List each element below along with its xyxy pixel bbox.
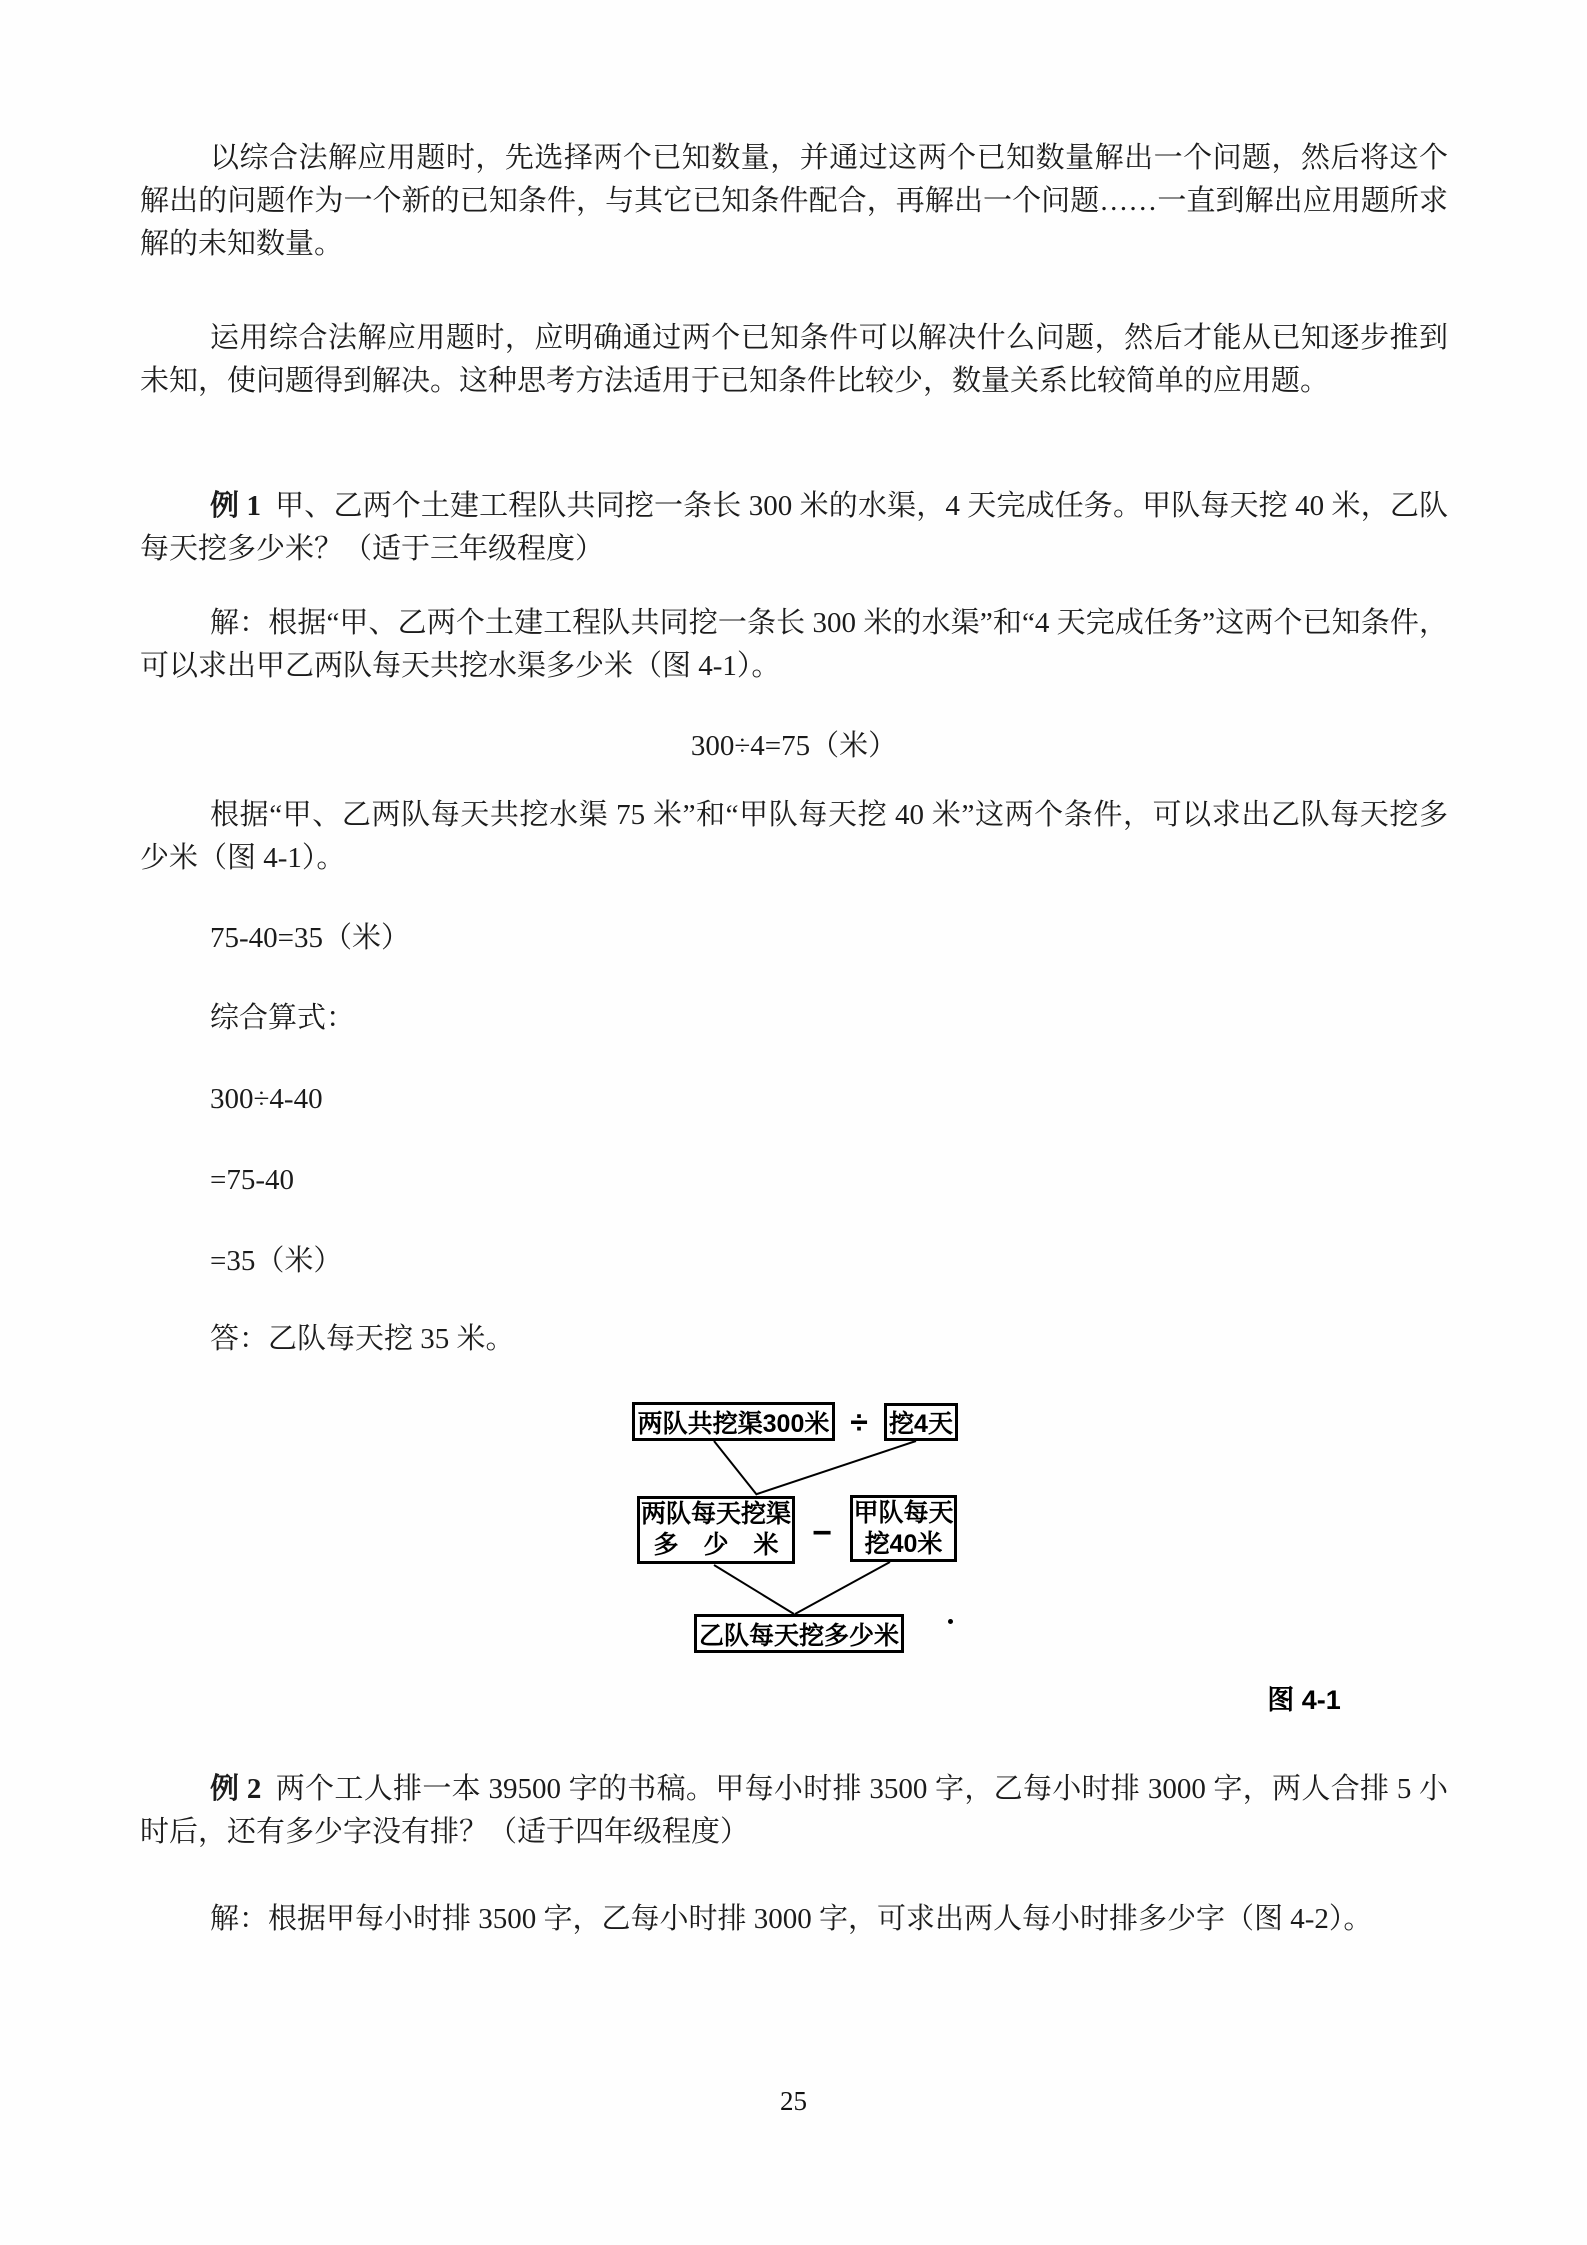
figure-box-days-text: 挖4天: [887, 1404, 955, 1440]
example-2-label: 例 2: [210, 1773, 261, 1805]
divide-operator: ÷: [850, 1406, 868, 1438]
figure-4-1: 两队共挖渠300米 ÷ 挖4天 两队每天挖渠多 少 米 − 甲队每天挖40米 乙…: [600, 1390, 1030, 1730]
paragraph-method-intro: 以综合法解应用题时，先选择两个已知数量，并通过这两个已知数量解出一个问题，然后将…: [140, 137, 1448, 266]
figure-box-daily-both-line2: 多 少 米: [640, 1530, 792, 1561]
equation-line-1: 300÷4-40: [140, 1078, 1518, 1121]
figure-box-days: 挖4天: [884, 1403, 958, 1441]
figure-box-team-a-line2: 挖40米: [853, 1529, 954, 1560]
figure-box-team-a: 甲队每天挖40米: [850, 1495, 957, 1562]
equation-line-3: =35（米）: [140, 1240, 1518, 1283]
figure-box-result: 乙队每天挖多少米: [694, 1614, 904, 1653]
minus-operator: −: [812, 1516, 832, 1550]
figure-box-result-text: 乙队每天挖多少米: [697, 1616, 901, 1652]
example-2-text: 两个工人排一本 39500 字的书稿。甲每小时排 3500 字，乙每小时排 30…: [140, 1773, 1448, 1848]
figure-box-total-canal-text: 两队共挖渠300米: [635, 1404, 832, 1440]
paragraph-solution-2: 解：根据甲每小时排 3500 字，乙每小时排 3000 字，可求出两人每小时排多…: [140, 1898, 1448, 1941]
figure-box-daily-both: 两队每天挖渠多 少 米: [637, 1496, 795, 1564]
paragraph-example-2: 例 2两个工人排一本 39500 字的书稿。甲每小时排 3500 字，乙每小时排…: [140, 1768, 1448, 1854]
paragraph-solution-1: 解：根据“甲、乙两个土建工程队共同挖一条长 300 米的水渠”和“4 天完成任务…: [140, 602, 1448, 688]
example-1-label: 例 1: [210, 490, 261, 522]
equation-subtract: 75-40=35（米）: [140, 917, 1518, 960]
page-number: 25: [0, 2086, 1587, 2117]
example-1-text: 甲、乙两个土建工程队共同挖一条长 300 米的水渠，4 天完成任务。甲队每天挖 …: [140, 490, 1448, 565]
stray-dot: [948, 1619, 953, 1624]
paragraph-method-usage: 运用综合法解应用题时，应明确通过两个已知条件可以解决什么问题，然后才能从已知逐步…: [140, 317, 1448, 403]
document-page: 以综合法解应用题时，先选择两个已知数量，并通过这两个已知数量解出一个问题，然后将…: [0, 0, 1587, 2245]
paragraph-step-2: 根据“甲、乙两队每天共挖水渠 75 米”和“甲队每天挖 40 米”这两个条件，可…: [140, 794, 1448, 880]
combined-expression-label: 综合算式：: [140, 997, 1518, 1040]
figure-box-team-a-line1: 甲队每天: [853, 1498, 954, 1529]
figure-box-total-canal: 两队共挖渠300米: [632, 1402, 835, 1441]
equation-centered: 300÷4=75（米）: [140, 725, 1448, 768]
paragraph-example-1: 例 1甲、乙两个土建工程队共同挖一条长 300 米的水渠，4 天完成任务。甲队每…: [140, 485, 1448, 571]
equation-line-2: =75-40: [140, 1159, 1518, 1202]
figure-caption: 图 4-1: [1224, 1678, 1384, 1717]
answer-line: 答：乙队每天挖 35 米。: [140, 1318, 1518, 1361]
figure-box-daily-both-line1: 两队每天挖渠: [640, 1499, 792, 1530]
